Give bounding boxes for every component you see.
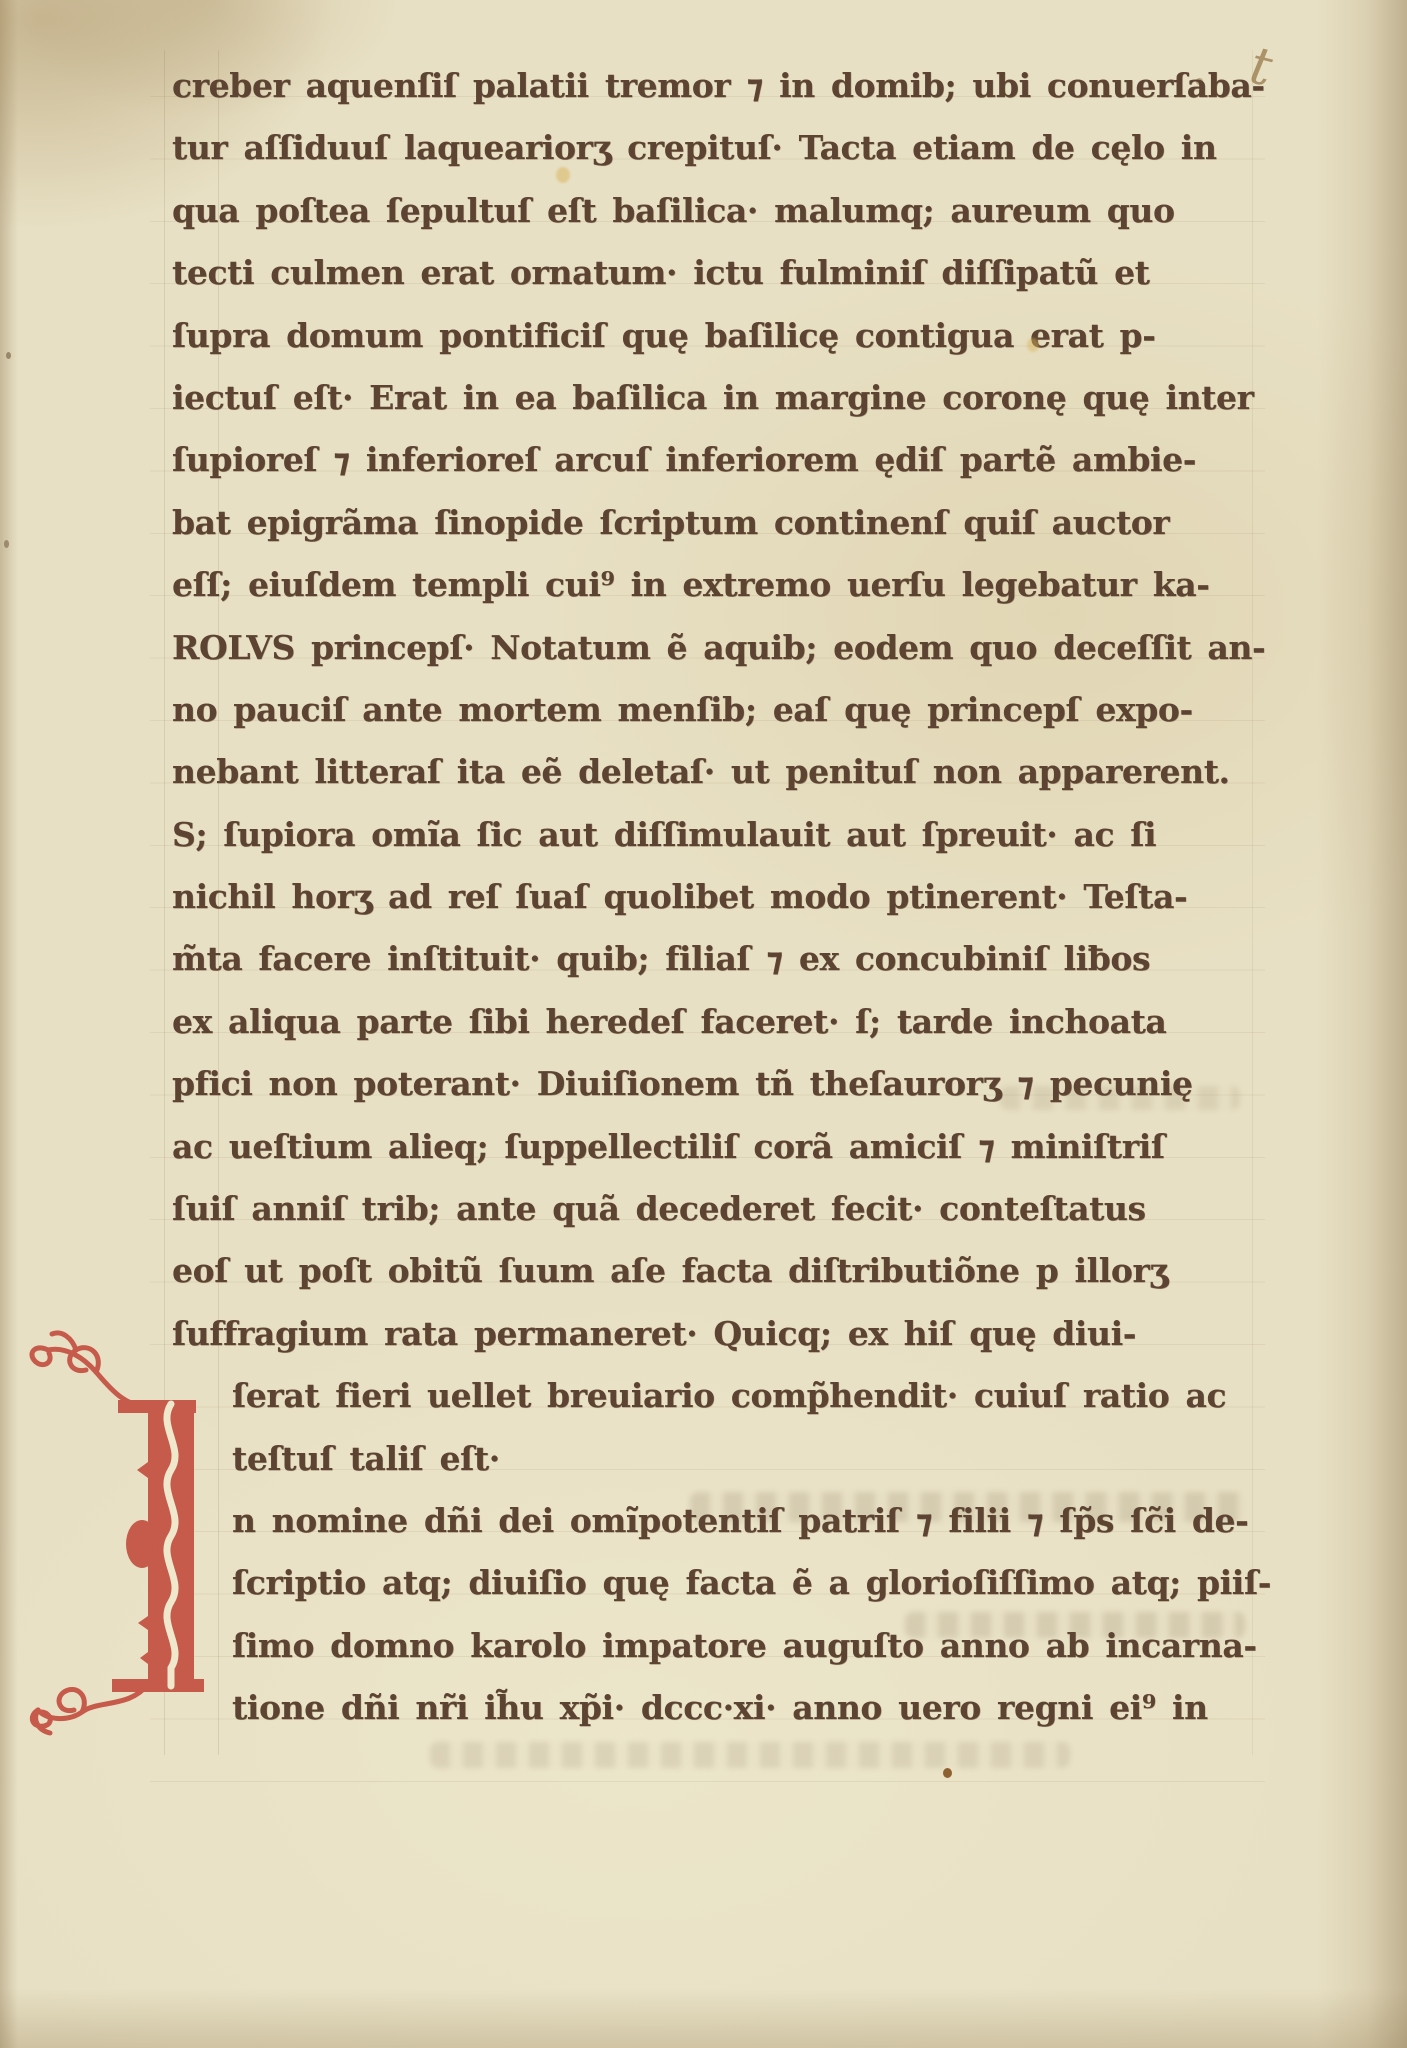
manuscript-line: m̃ta facere inſtituit· quib; filiaſ ⁊ ex… [0, 928, 1407, 990]
manuscript-line: nebant litteraſ ita eẽ deletaſ· ut penit… [0, 741, 1407, 803]
manuscript-line: pfici non poterant· Diuiſionem tñ theſau… [0, 1053, 1407, 1115]
manuscript-line: nichil horʒ ad reſ ſuaſ quolibet modo pt… [0, 866, 1407, 928]
ink-speck [943, 1768, 952, 1778]
manuscript-line: qua poſtea ſepultuſ eſt baſilica· malumq… [0, 180, 1407, 242]
manuscript-line: ROLVS princepſ· Notatum ẽ aquib; eodem q… [0, 617, 1407, 679]
manuscript-line: creber aquenſiſ palatii tremor ⁊ in domi… [0, 55, 1407, 117]
show-through [430, 1742, 1070, 1768]
manuscript-line: tur aſſiduuſ laqueariorʒ crepituſ· Tacta… [0, 117, 1407, 179]
manuscript-line: no pauciſ ante mortem menſib; eaſ quę pr… [0, 679, 1407, 741]
manuscript-line: ſupra domum pontificiſ quę baſilicę cont… [0, 305, 1407, 367]
ink-speck [6, 352, 11, 359]
manuscript-line: ſuiſ anniſ trib; ante quã decederet feci… [0, 1178, 1407, 1240]
parchment-stain [556, 167, 570, 183]
manuscript-line: tecti culmen erat ornatum· ictu fulminiſ… [0, 242, 1407, 304]
manuscript-line: ac ueſtium alieq; ſuppellectiliſ corã am… [0, 1116, 1407, 1178]
manuscript-line: ex aliqua parte ſibi heredeſ faceret· ſ;… [0, 991, 1407, 1053]
parchment-stain [1027, 338, 1039, 352]
manuscript-line: iectuſ eſt· Erat in ea baſilica in margi… [0, 367, 1407, 429]
manuscript-line: bat epigrãma ſinopide ſcriptum continenſ… [0, 492, 1407, 554]
manuscript-line: eſſ; eiuſdem templi cui⁹ in extremo uerſ… [0, 554, 1407, 616]
manuscript-page: t creber aquenſiſ palatii tremor ⁊ in do… [0, 0, 1407, 2048]
illuminated-initial-i [26, 1316, 216, 1736]
manuscript-line: eoſ ut poſt obitũ ſuum aſe facta diſtrib… [0, 1240, 1407, 1302]
manuscript-line: ſupioreſ ⁊ inferioreſ arcuſ inferiorem ę… [0, 429, 1407, 491]
ink-speck [4, 540, 9, 548]
manuscript-line: S; ſupiora omĩa ſic aut diſſimulauit aut… [0, 804, 1407, 866]
